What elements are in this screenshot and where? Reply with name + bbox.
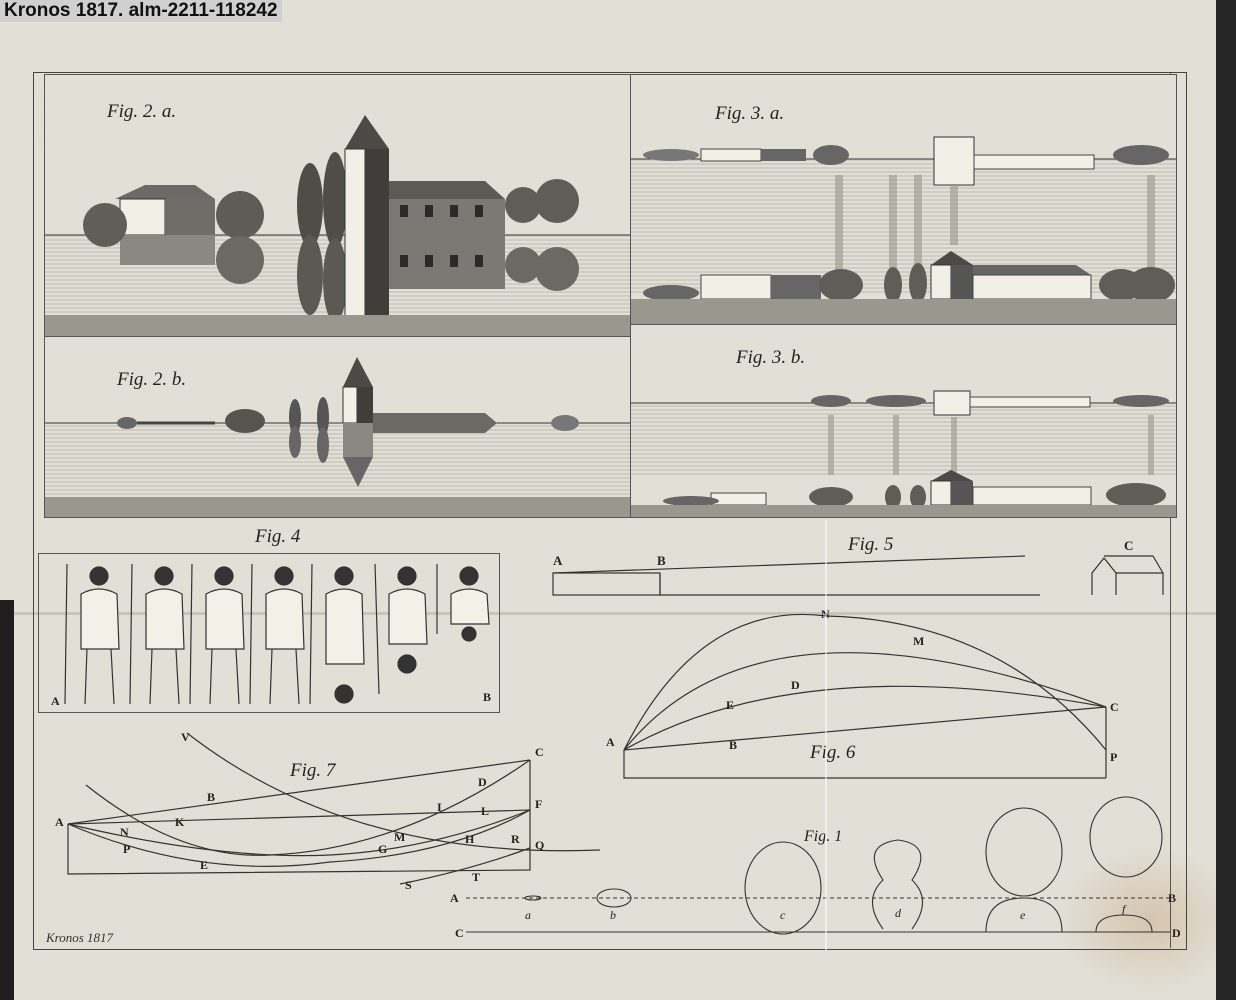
fig-1-stage-b: b [610,908,616,923]
paper-fold-vertical [825,520,827,950]
fig-1-stage-c: c [780,908,785,923]
fig-1-line-point-c: C [455,926,464,941]
scan-edge-right [1216,0,1236,1000]
fig-1-diagram [0,0,1236,1000]
fig-1-line-point-d: D [1172,926,1181,941]
scan-edge-left [0,600,14,1000]
fig-1-stage-a: a [525,908,531,923]
engraving-plate: Fig. 2. a. Fig. 2. b. [0,0,1216,1000]
fig-1-label: Fig. 1 [804,828,842,846]
fig-1-line-point-a: A [450,891,459,906]
fig-1-stage-f: f [1122,902,1125,917]
imprint-text: Kronos 1817 [46,930,113,946]
image-caption: Kronos 1817. alm-2211-118242 [0,0,282,22]
fig-1-line-point-b: B [1168,891,1176,906]
fig-1-stage-d: d [895,906,901,921]
fig-1-stage-e: e [1020,908,1025,923]
